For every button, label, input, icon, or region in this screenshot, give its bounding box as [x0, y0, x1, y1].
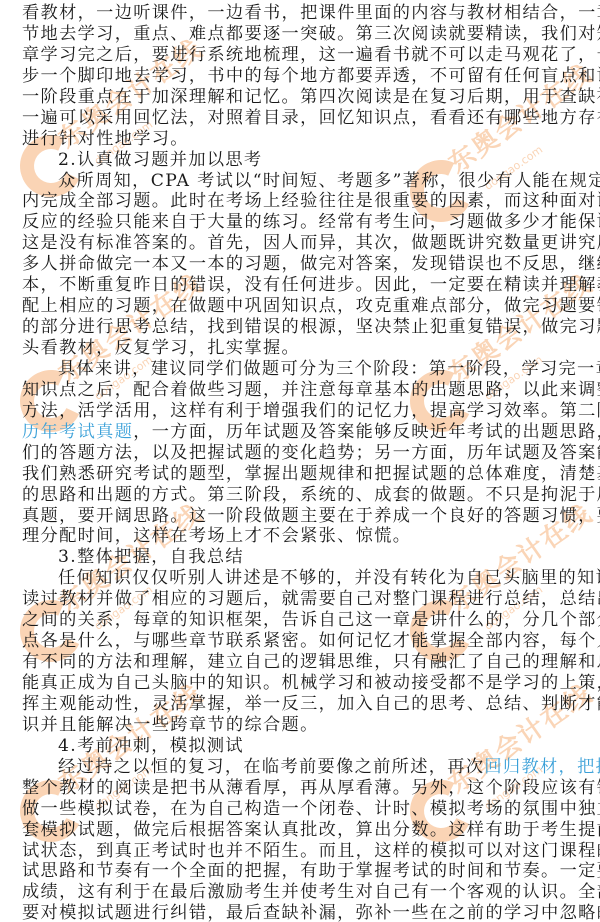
- paragraph-line: 步一个脚印地去学习，书中的每个地方都要弄透，不可留有任何盲点和误区。这: [0, 66, 600, 87]
- paragraph-line: 配上相应的习题，在做题中巩固知识点，攻克重难点部分，做完习题要针对做错: [0, 296, 600, 317]
- paragraph-line: 历年考试真题，一方面，历年试题及答案能够反映近年考试的出题思路，规范我: [0, 422, 600, 443]
- paragraph-line: 我们熟悉研究考试的题型，掌握出题规律和把握试题的总体难度，清楚基本命题: [0, 464, 600, 485]
- paragraph-line: 试思路和节奏有一个全面的把握，有助于掌握考试的时间和节奏。一定要计算出: [0, 861, 600, 882]
- paragraph-line: 一阶段重点在于加深理解和记忆。第四次阅读是在复习后期，用于查缺补漏，这: [0, 87, 600, 108]
- paragraph-first-line: 众所周知，CPA 考试以“时间短、考题多”著称，很少有人能在规定的时间: [0, 171, 600, 192]
- paragraph-line: 有不同的方法和理解，建立自己的逻辑思维，只有融汇了自己的理解和总结，才: [0, 652, 600, 673]
- paragraph-line: 们的答题方法，以及把握试题的变化趋势；另一方面，历年试题及答案能够帮助: [0, 443, 600, 464]
- paragraph-line: 知识点之后，配合着做些习题，并注意每章基本的出题思路，以此来调整学习的: [0, 380, 600, 401]
- paragraph-line: 能真正成为自己头脑中的知识。机械学习和被动接受都不是学习的上策，只有发: [0, 673, 600, 694]
- paragraph-line: 本，不断重复昨日的错误，没有任何进步。因此，一定要在精读并理解教材后，: [0, 275, 600, 296]
- paragraph-line: 读过教材并做了相应的习题后，就需要自己对整门课程进行总结，总结出各章节: [0, 589, 600, 610]
- paragraph-first-line: 经过持之以恒的复习，在临考前要像之前所述，再次回归教材，把握教材。: [0, 757, 600, 778]
- paragraph-line: 方法，活学活用，这样有利于增强我们的记忆力，提高学习效率。第二阶段，做: [0, 401, 600, 422]
- paragraph-line: 整个教材的阅读是把书从薄看厚，再从厚看薄。另外，这个阶段应该有针对性地: [0, 778, 600, 799]
- paragraph-line: 识并且能解决一些跨章节的综合题。: [0, 715, 600, 736]
- paragraph-line: 成绩，这有利于在最后激励考生并使考生对自己有一个客观的认识。全部完成后，: [0, 882, 600, 903]
- article-body: 看教材，一边听课件，一边看书，把课件里面的内容与教材相结合，一章节一章节地去学习…: [0, 3, 600, 922]
- document-page: 东奥会计在线 dongao.com 东奥会计在线 dongao.com 东奥会计…: [0, 0, 600, 922]
- paragraph-line: 反应的经验只能来自于大量的练习。经常有考生问，习题做多少才能保证通过，: [0, 212, 600, 233]
- paragraph-first-line: 具体来讲，建议同学们做题可分为三个阶段：第一阶段，学习完一章或一个: [0, 359, 600, 380]
- inline-link[interactable]: 回归教材，把握教材: [484, 757, 600, 777]
- paragraph-line: 多人拼命做完一本又一本的习题，做完对答案，发现错误也不反思，继续做下一: [0, 254, 600, 275]
- paragraph-line: 进行针对性地学习。: [0, 129, 600, 150]
- paragraph-line: 做一些模拟试卷，在为自己构造一个闭卷、计时、模拟考场的氛围中独立完成几: [0, 799, 600, 820]
- paragraph-line: 挥主观能动性，灵活掌握，举一反三，加入自己的思考、总结、判断才能掌握知: [0, 694, 600, 715]
- paragraph-first-line: 任何知识仅仅听别人讲述是不够的，并没有转化为自己头脑里的知识，在阅: [0, 568, 600, 589]
- section-heading: 2.认真做习题并加以思考: [0, 150, 600, 171]
- section-heading: 4.考前冲刺，模拟测试: [0, 736, 600, 757]
- paragraph-line: 理分配时间，这样在考场上才不会紧张、惊慌。: [0, 526, 600, 547]
- line-text: ，一方面，历年试题及答案能够反映近年考试的出题思路，规范我: [133, 422, 600, 442]
- paragraph-line: 内完成全部习题。此时在考场上经验往往是很重要的因素，而这种面对试题快速: [0, 191, 600, 212]
- paragraph-line: 要对模拟试题进行纠错，最后查缺补漏，弥补一些在之前的学习中忽略的细节，: [0, 903, 600, 922]
- paragraph-line: 看教材，一边听课件，一边看书，把课件里面的内容与教材相结合，一章节一章: [0, 3, 600, 24]
- paragraph-line: 头看教材，反复学习，扎实掌握。: [0, 338, 600, 359]
- paragraph-line: 之间的关系，每章的知识框架，告诉自己这一章是讲什么的，分几个部分，重难: [0, 610, 600, 631]
- section-heading: 3.整体把握，自我总结: [0, 547, 600, 568]
- line-text: 经过持之以恒的复习，在临考前要像之前所述，再次: [58, 757, 484, 777]
- paragraph-line: 一遍可以采用回忆法，对照着目录，回忆知识点，看看还有哪些地方存在问题，: [0, 108, 600, 129]
- paragraph-line: 的思路和出题的方式。第三阶段，系统的、成套的做题。不只是拘泥于历年考试: [0, 485, 600, 506]
- line-text: 方法，活学活用，这样有利于增强我们的记忆力，提高学习效率。第二阶段，: [22, 401, 600, 421]
- paragraph-line: 章学习完之后，要进行系统地梳理，这一遍看书就不可以走马观花了，一定要一: [0, 45, 600, 66]
- paragraph-line: 点各是什么，与哪些章节联系紧密。如何记忆才能掌握全部内容，每个人肯定会: [0, 631, 600, 652]
- paragraph-line: 试状态，到真正考试时也并不陌生。而且，这样的模拟可以对这门课程的整体考: [0, 841, 600, 862]
- paragraph-line: 真题，要开阔思路。这一阶段做题主要在于养成一个良好的答题习惯，要学会合: [0, 506, 600, 527]
- paragraph-line: 节地去学习，重点、难点都要逐一突破。第三次阅读就要精读，我们对知识点分: [0, 24, 600, 45]
- paragraph-line: 套模拟试题，做完后根据答案认真批改，算出分数。这样有助于考生提前进入考: [0, 820, 600, 841]
- inline-link[interactable]: 历年考试真题: [22, 422, 133, 442]
- paragraph-line: 的部分进行思考总结，找到错误的根源，坚决禁止犯重复错误，做完习题后再回: [0, 317, 600, 338]
- paragraph-line: 这是没有标准答案的。首先，因人而异，其次，做题既讲究数量更讲究质量。很: [0, 233, 600, 254]
